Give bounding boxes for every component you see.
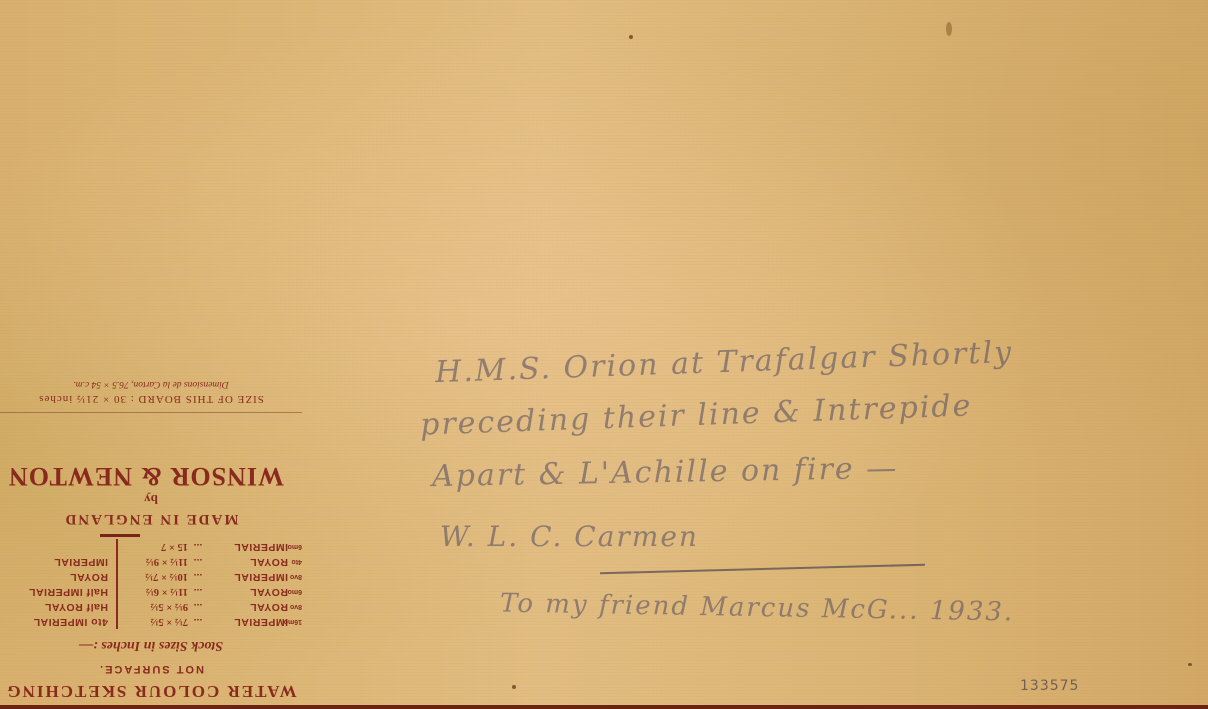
table-row: 4to ROYAL ... 11½ × 9½ IMPERIAL <box>2 554 302 569</box>
size-name: IMPERIAL <box>208 569 288 584</box>
table-row: 6mo IMPERIAL ... 15 × 7 <box>2 539 302 554</box>
board-dimensions: Dimensions de la Carton, 76.5 × 54 c.m. <box>0 379 302 389</box>
alt-name: Half ROYAL <box>2 599 108 614</box>
dots: ... <box>188 554 208 569</box>
dots: ... <box>188 599 208 614</box>
stain-spot <box>1188 663 1192 666</box>
dots: ... <box>188 539 208 554</box>
size-value: 11½ × 9½ <box>118 554 188 569</box>
size-name: IMPERIAL <box>208 614 288 629</box>
column-separator <box>116 569 118 584</box>
table-row: 16mo IMPERIAL ... 7½ × 5½ 4to IMPERIAL <box>2 614 302 629</box>
size-name: ROYAL <box>208 584 288 599</box>
stock-sizes-heading: Stock Sizes in Inches :— <box>0 637 302 653</box>
column-separator <box>116 614 118 629</box>
table-row: 8vo ROYAL ... 9½ × 5½ Half ROYAL <box>2 599 302 614</box>
label-title: WATER COLOUR SKETCHING <box>0 681 302 701</box>
stock-sizes-table: 16mo IMPERIAL ... 7½ × 5½ 4to IMPERIAL 8… <box>2 539 302 629</box>
format: 6mo <box>288 584 302 599</box>
size-value: 15 × 7 <box>118 539 188 554</box>
column-separator <box>116 584 118 599</box>
board-size: SIZE OF THIS BOARD : 30 × 21½ inches <box>0 393 302 405</box>
size-value: 7½ × 5½ <box>118 614 188 629</box>
size-value: 11½ × 6½ <box>118 584 188 599</box>
dots: ... <box>188 569 208 584</box>
label-subtitle: NOT SURFACE. <box>0 663 302 675</box>
format: 4to <box>288 554 302 569</box>
made-in-england: MADE IN ENGLAND <box>0 510 302 527</box>
format: 16mo <box>288 614 302 629</box>
signature: W. L. C. Carmen <box>440 520 699 553</box>
stain-spot <box>629 35 633 39</box>
column-separator <box>116 599 118 614</box>
size-name: ROYAL <box>208 554 288 569</box>
alt-name: 4to IMPERIAL <box>2 614 108 629</box>
table-row: 6mo ROYAL ... 11½ × 6½ Half IMPERIAL <box>2 584 302 599</box>
size-name: ROYAL <box>208 599 288 614</box>
size-value: 9½ × 5½ <box>118 599 188 614</box>
board-bottom-edge <box>0 705 1208 709</box>
by-text: by <box>0 491 302 507</box>
stain-spot <box>946 22 952 36</box>
printed-label: WATER COLOUR SKETCHING NOT SURFACE. Stoc… <box>0 350 310 705</box>
format: 8vo <box>288 569 302 584</box>
divider <box>0 412 302 413</box>
brand-name: WINSOR & NEWTON <box>0 461 302 491</box>
dots: ... <box>188 584 208 599</box>
alt-name: Half IMPERIAL <box>2 584 108 599</box>
alt-name <box>2 539 108 554</box>
stain-spot <box>512 685 516 689</box>
size-value: 10½ × 7½ <box>118 569 188 584</box>
format: 6mo <box>288 539 302 554</box>
format: 8vo <box>288 599 302 614</box>
column-separator <box>116 554 118 569</box>
table-row: 8vo IMPERIAL ... 10½ × 7½ ROYAL <box>2 569 302 584</box>
alt-name: ROYAL <box>2 569 108 584</box>
size-name: IMPERIAL <box>208 539 288 554</box>
dots: ... <box>188 614 208 629</box>
column-separator <box>116 539 118 554</box>
divider <box>100 534 140 537</box>
inventory-number: 133575 <box>1020 678 1079 694</box>
alt-name: IMPERIAL <box>2 554 108 569</box>
